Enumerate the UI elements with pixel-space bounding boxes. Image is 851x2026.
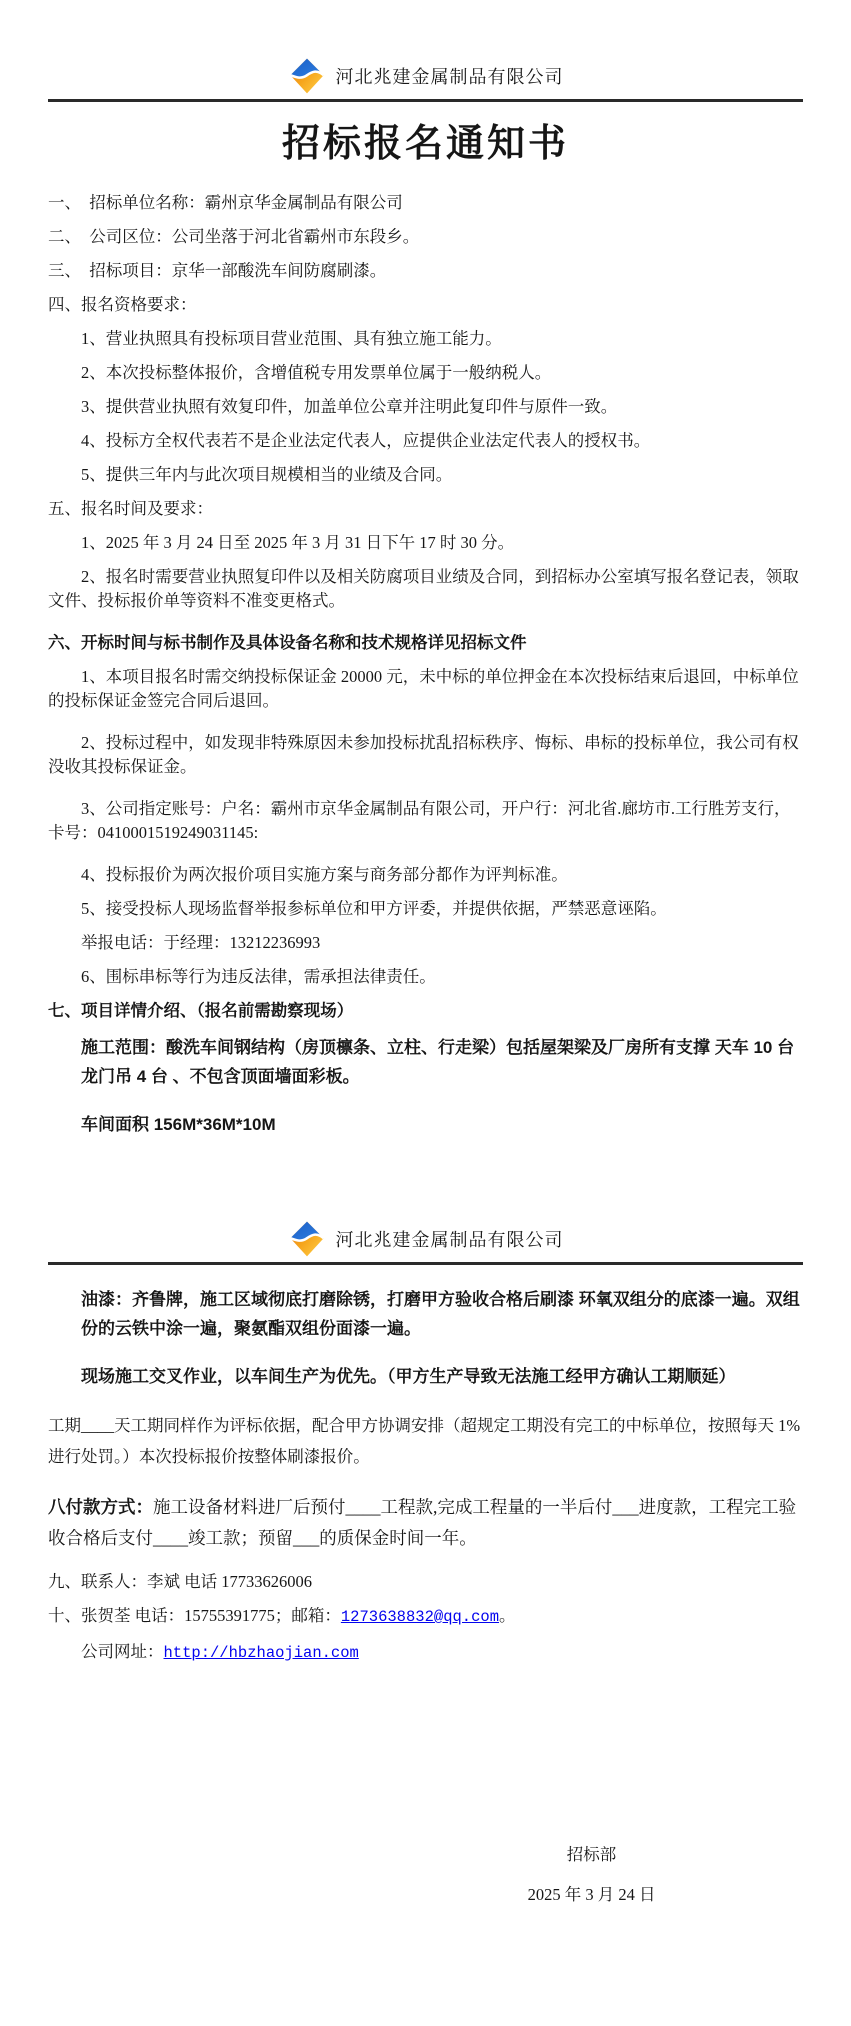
qualification-item: 3、提供营业执照有效复印件，加盖单位公章并注明此复印件与原件一致。 <box>48 395 803 418</box>
payment-body: 施工设备材料进厂后预付____工程款,完成工程量的一半后付___进度款，工程完工… <box>48 1497 796 1548</box>
schedule-item: 1、2025 年 3 月 24 日至 2025 年 3 月 31 日下午 17 … <box>48 531 803 554</box>
item-bidder-name: 一、 招标单位名称：霸州京华金属制品有限公司 <box>48 191 803 214</box>
bid-opening-item: 4、投标报价为两次报价项目实施方案与商务部分都作为评判标准。 <box>48 863 803 886</box>
contact-text: 十、张贺荃 电话：15755391775；邮箱： <box>48 1606 341 1625</box>
schedule-heading: 五、报名时间及要求： <box>48 497 803 520</box>
page1-header: 河北兆建金属制品有限公司 <box>48 0 803 96</box>
contact-zhanghequan: 十、张贺荃 电话：15755391775；邮箱：1273638832@qq.co… <box>48 1604 803 1629</box>
duration-clause: 工期____天工期同样作为评标依据，配合甲方协调安排（超规定工期没有完工的中标单… <box>48 1410 803 1472</box>
schedule-item: 2、报名时需要营业执照复印件以及相关防腐项目业绩及合同，到招标办公室填写报名登记… <box>48 565 803 613</box>
onsite-note: 现场施工交叉作业，以车间生产为优先。（甲方生产导致无法施工经甲方确认工期顺延） <box>81 1362 803 1391</box>
company-logo-icon <box>288 1219 326 1259</box>
signature-date: 2025 年 3 月 24 日 <box>380 1885 803 1904</box>
bid-opening-item: 1、本项目报名时需交纳投标保证金 20000 元，未中标的单位押金在本次投标结束… <box>48 665 803 713</box>
qualification-item: 1、营业执照具有投标项目营业范围、具有独立施工能力。 <box>48 327 803 350</box>
qualification-item: 2、本次投标整体报价，含增值税专用发票单位属于一般纳税人。 <box>48 361 803 384</box>
qualification-item: 4、投标方全权代表若不是企业法定代表人，应提供企业法定代表人的授权书。 <box>48 429 803 452</box>
construction-scope: 施工范围：酸洗车间钢结构（房顶檩条、立柱、行走梁）包括屋架梁及厂房所有支撑 天车… <box>81 1033 803 1091</box>
bid-opening-heading: 六、开标时间与标书制作及具体设备名称和技术规格详见招标文件 <box>48 631 803 654</box>
email-link[interactable]: 1273638832@qq.com <box>341 1608 499 1626</box>
header-divider <box>48 1262 803 1265</box>
item-project: 三、 招标项目：京华一部酸洗车间防腐刷漆。 <box>48 259 803 282</box>
document-page: 河北兆建金属制品有限公司 招标报名通知书 一、 招标单位名称：霸州京华金属制品有… <box>0 0 851 1904</box>
company-logo-icon <box>288 56 326 96</box>
paint-spec: 油漆：齐鲁牌，施工区域彻底打磨除锈，打磨甲方验收合格后刷漆 环氧双组分的底漆一遍… <box>81 1285 803 1343</box>
company-name: 河北兆建金属制品有限公司 <box>336 63 564 89</box>
contact-libin: 九、联系人：李斌 电话 17733626006 <box>48 1570 803 1593</box>
workshop-area: 车间面积 156M*36M*10M <box>81 1110 803 1139</box>
signature-block: 招标部 2025 年 3 月 24 日 <box>48 1845 803 1904</box>
project-detail-heading: 七、项目详情介绍、（报名前需勘察现场） <box>48 999 803 1022</box>
website-link[interactable]: http://hbzhaojian.com <box>164 1644 359 1662</box>
bid-opening-item: 3、公司指定账号：户名：霸州市京华金属制品有限公司，开户行：河北省.廊坊市.工行… <box>48 797 803 845</box>
qualification-item: 5、提供三年内与此次项目规模相当的业绩及合同。 <box>48 463 803 486</box>
payment-label: 八付款方式： <box>48 1497 153 1517</box>
company-name: 河北兆建金属制品有限公司 <box>336 1226 564 1252</box>
payment-clause: 八付款方式：施工设备材料进厂后预付____工程款,完成工程量的一半后付___进度… <box>48 1492 803 1554</box>
legal-item: 6、围标串标等行为违反法律，需承担法律责任。 <box>48 965 803 988</box>
page2-header: 河北兆建金属制品有限公司 <box>48 1219 803 1259</box>
signature-department: 招标部 <box>380 1845 803 1864</box>
item-location: 二、 公司区位：公司坐落于河北省霸州市东段乡。 <box>48 225 803 248</box>
website-label: 公司网址： <box>81 1642 164 1661</box>
bid-opening-item: 5、接受投标人现场监督举报参标单位和甲方评委，并提供依据，严禁恶意诬陷。 <box>48 897 803 920</box>
header-divider <box>48 99 803 102</box>
report-phone: 举报电话：于经理：13212236993 <box>48 931 803 954</box>
bid-opening-item: 2、投标过程中，如发现非特殊原因未参加投标扰乱招标秩序、悔标、串标的投标单位，我… <box>48 731 803 779</box>
qualification-heading: 四、报名资格要求： <box>48 293 803 316</box>
document-title: 招标报名通知书 <box>48 112 803 167</box>
website-line: 公司网址：http://hbzhaojian.com <box>81 1640 803 1665</box>
contact-suffix: 。 <box>499 1606 516 1625</box>
